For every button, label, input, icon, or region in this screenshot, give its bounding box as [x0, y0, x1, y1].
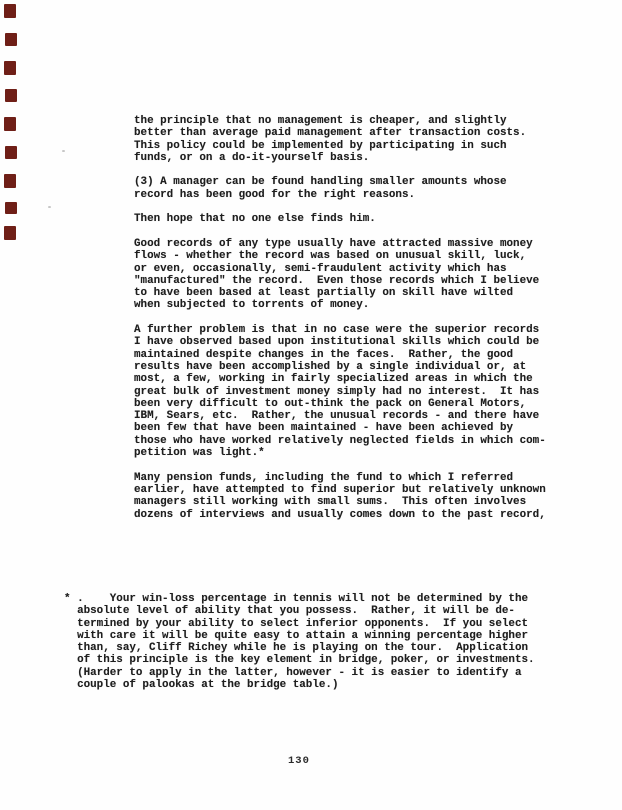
- document-page: the principle that no management is chea…: [0, 0, 622, 810]
- scan-artifact: [4, 174, 16, 188]
- scan-artifact: [4, 117, 16, 131]
- scan-artifact: [4, 226, 16, 240]
- paragraph-3: Then hope that no one else finds him.: [134, 213, 546, 225]
- paragraph-5: A further problem is that in no case wer…: [134, 324, 546, 459]
- letter-body: the principle that no management is chea…: [134, 115, 546, 533]
- edge-marks: [0, 0, 24, 260]
- scan-artifact: [5, 89, 17, 102]
- scan-speck: [48, 206, 51, 208]
- scan-artifact: [4, 4, 16, 18]
- paragraph-4: Good records of any type usually have at…: [134, 238, 546, 312]
- scan-artifact: [4, 61, 16, 75]
- footnote: * . Your win-loss percentage in tennis w…: [64, 593, 535, 691]
- scan-speck: [62, 150, 65, 152]
- scan-artifact: [5, 33, 17, 46]
- paragraph-6: Many pension funds, including the fund t…: [134, 472, 546, 521]
- page-number: 130: [288, 755, 310, 767]
- scan-artifact: [5, 202, 17, 214]
- paragraph-1: the principle that no management is chea…: [134, 115, 546, 164]
- paragraph-2: (3) A manager can be found handling smal…: [134, 176, 546, 201]
- scan-artifact: [5, 146, 17, 159]
